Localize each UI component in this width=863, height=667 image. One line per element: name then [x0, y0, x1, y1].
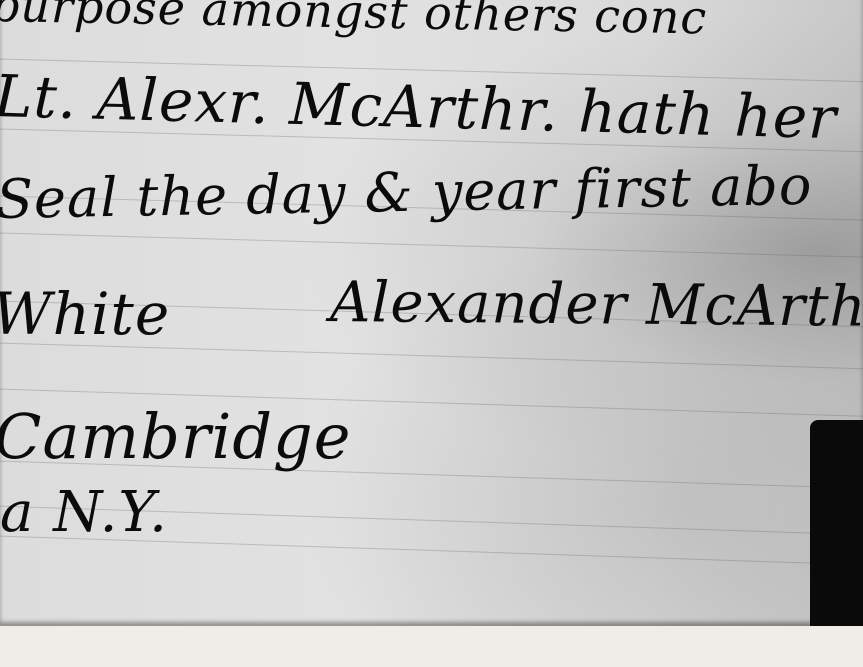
- manuscript-scan: purpose amongst others conc Lt. Alexr. M…: [0, 0, 863, 626]
- place-name: Cambridge: [0, 400, 351, 473]
- handwritten-line-3: Seal the day & year first abo: [0, 154, 813, 231]
- ruled-line: [0, 232, 863, 259]
- handwritten-line-1: purpose amongst others conc: [0, 0, 708, 45]
- witness-name: White: [0, 280, 170, 348]
- dark-page-edge: [810, 420, 863, 626]
- notation: a N.Y.: [0, 480, 168, 545]
- handwritten-line-2: Lt. Alexr. McArthr. hath her: [0, 62, 838, 152]
- signature: Alexander McArthur: [330, 270, 863, 340]
- background-band: [0, 626, 863, 667]
